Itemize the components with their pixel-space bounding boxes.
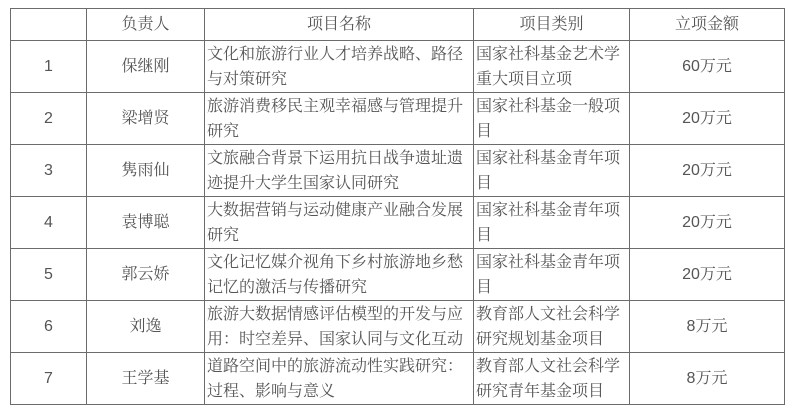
cell-row-number: 2 [11,93,87,145]
table-row: 5 郭云娇 文化记忆媒介视角下乡村旅游地乡愁记忆的激活与传播研究 国家社科基金青… [11,249,785,301]
header-project-category: 项目类别 [474,9,630,41]
table-row: 7 王学基 道路空间中的旅游流动性实践研究：过程、影响与意义 教育部人文社会科学… [11,353,785,405]
cell-project-name: 文化和旅游行业人才培养战略、路径与对策研究 [205,41,474,93]
cell-leader: 梁增贤 [87,93,205,145]
table-row: 2 梁增贤 旅游消费移民主观幸福感与管理提升研究 国家社科基金一般项目 20万元 [11,93,785,145]
cell-leader: 郭云娇 [87,249,205,301]
cell-row-number: 7 [11,353,87,405]
cell-project-category: 国家社科基金青年项目 [474,249,630,301]
cell-project-name: 文旅融合背景下运用抗日战争遗址遗迹提升大学生国家认同研究 [205,145,474,197]
cell-funding-amount: 20万元 [630,249,785,301]
cell-leader: 袁博聪 [87,197,205,249]
cell-row-number: 5 [11,249,87,301]
cell-funding-amount: 20万元 [630,197,785,249]
header-project-name: 项目名称 [205,9,474,41]
cell-funding-amount: 8万元 [630,353,785,405]
cell-project-name: 道路空间中的旅游流动性实践研究：过程、影响与意义 [205,353,474,405]
table-row: 4 袁博聪 大数据营销与运动健康产业融合发展研究 国家社科基金青年项目 20万元 [11,197,785,249]
research-projects-table: 负责人 项目名称 项目类别 立项金额 1 保继刚 文化和旅游行业人才培养战略、路… [10,8,785,405]
cell-leader: 保继刚 [87,41,205,93]
cell-leader: 隽雨仙 [87,145,205,197]
cell-row-number: 1 [11,41,87,93]
cell-project-category: 教育部人文社会科学研究青年基金项目 [474,353,630,405]
table-row: 6 刘逸 旅游大数据情感评估模型的开发与应用：时空差异、国家认同与文化互动 教育… [11,301,785,353]
cell-leader: 王学基 [87,353,205,405]
cell-project-category: 国家社科基金青年项目 [474,145,630,197]
header-leader: 负责人 [87,9,205,41]
cell-project-category: 国家社科基金一般项目 [474,93,630,145]
table-row: 3 隽雨仙 文旅融合背景下运用抗日战争遗址遗迹提升大学生国家认同研究 国家社科基… [11,145,785,197]
header-row: 负责人 项目名称 项目类别 立项金额 [11,9,785,41]
cell-project-name: 文化记忆媒介视角下乡村旅游地乡愁记忆的激活与传播研究 [205,249,474,301]
cell-leader: 刘逸 [87,301,205,353]
cell-funding-amount: 8万元 [630,301,785,353]
cell-row-number: 4 [11,197,87,249]
header-index [11,9,87,41]
header-funding-amount: 立项金额 [630,9,785,41]
cell-row-number: 3 [11,145,87,197]
research-projects-page: 负责人 项目名称 项目类别 立项金额 1 保继刚 文化和旅游行业人才培养战略、路… [0,0,800,419]
cell-funding-amount: 20万元 [630,93,785,145]
cell-funding-amount: 20万元 [630,145,785,197]
cell-funding-amount: 60万元 [630,41,785,93]
cell-project-name: 旅游大数据情感评估模型的开发与应用：时空差异、国家认同与文化互动 [205,301,474,353]
cell-project-category: 国家社科基金艺术学重大项目立项 [474,41,630,93]
table-row: 1 保继刚 文化和旅游行业人才培养战略、路径与对策研究 国家社科基金艺术学重大项… [11,41,785,93]
cell-project-name: 大数据营销与运动健康产业融合发展研究 [205,197,474,249]
cell-project-category: 教育部人文社会科学研究规划基金项目 [474,301,630,353]
cell-project-name: 旅游消费移民主观幸福感与管理提升研究 [205,93,474,145]
cell-project-category: 国家社科基金青年项目 [474,197,630,249]
cell-row-number: 6 [11,301,87,353]
